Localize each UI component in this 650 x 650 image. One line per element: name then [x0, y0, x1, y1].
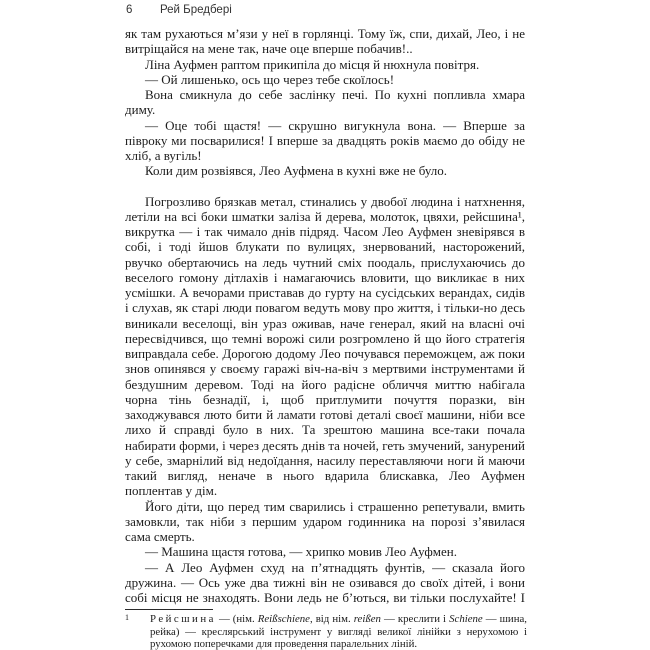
- paragraph: Ліна Ауфмен раптом прикипіла до місця й …: [125, 57, 525, 72]
- running-head: 6 Рей Бредбері: [126, 4, 526, 16]
- running-title: Рей Бредбері: [160, 4, 232, 16]
- paragraph: — Машина щастя готова, — хрипко мовив Ле…: [125, 544, 525, 559]
- page-number: 6: [126, 4, 160, 16]
- footnote-part: , від нім.: [310, 613, 354, 625]
- footnote-part: — креслити і: [381, 613, 449, 625]
- footnote-part: Reißschiene: [258, 613, 310, 625]
- footnote-part: — (нім.: [216, 613, 258, 625]
- footnote-part: Рейсшина: [150, 613, 216, 625]
- paragraph: Коли дим розвіявся, Лео Ауфмена в кухні …: [125, 163, 525, 178]
- footnote-text: Рейсшина — (нім. Reißschiene, від нім. r…: [150, 613, 527, 650]
- paragraph: — Ой лишенько, ось що через тебе скоїлос…: [125, 72, 525, 87]
- paragraph: — А Лео Ауфмен схуд на п’ятнадцять фунті…: [125, 560, 525, 607]
- paragraph: Погрозливо брязкав метал, стинались у дв…: [125, 194, 525, 499]
- paragraph: як там рухаються м’язи у неї в горлянці.…: [125, 26, 525, 57]
- footnote-marker: 1: [125, 612, 129, 625]
- body-text: як там рухаються м’язи у неї в горлянці.…: [125, 26, 525, 606]
- footnote-part: Schiene: [449, 613, 483, 625]
- paragraph: — Оце тобі щастя! — скрушно вигукнула во…: [125, 118, 525, 164]
- footnote: 1 Рейсшина — (нім. Reißschiene, від нім.…: [125, 613, 527, 650]
- footnote-part: reißen: [354, 613, 381, 625]
- book-page: 6 Рей Бредбері як там рухаються м’язи у …: [0, 0, 650, 650]
- paragraph: Його діти, що перед тим сварились і стра…: [125, 499, 525, 545]
- paragraph: Вона смикнула до себе заслінку печі. По …: [125, 87, 525, 118]
- footnote-rule: [125, 609, 213, 610]
